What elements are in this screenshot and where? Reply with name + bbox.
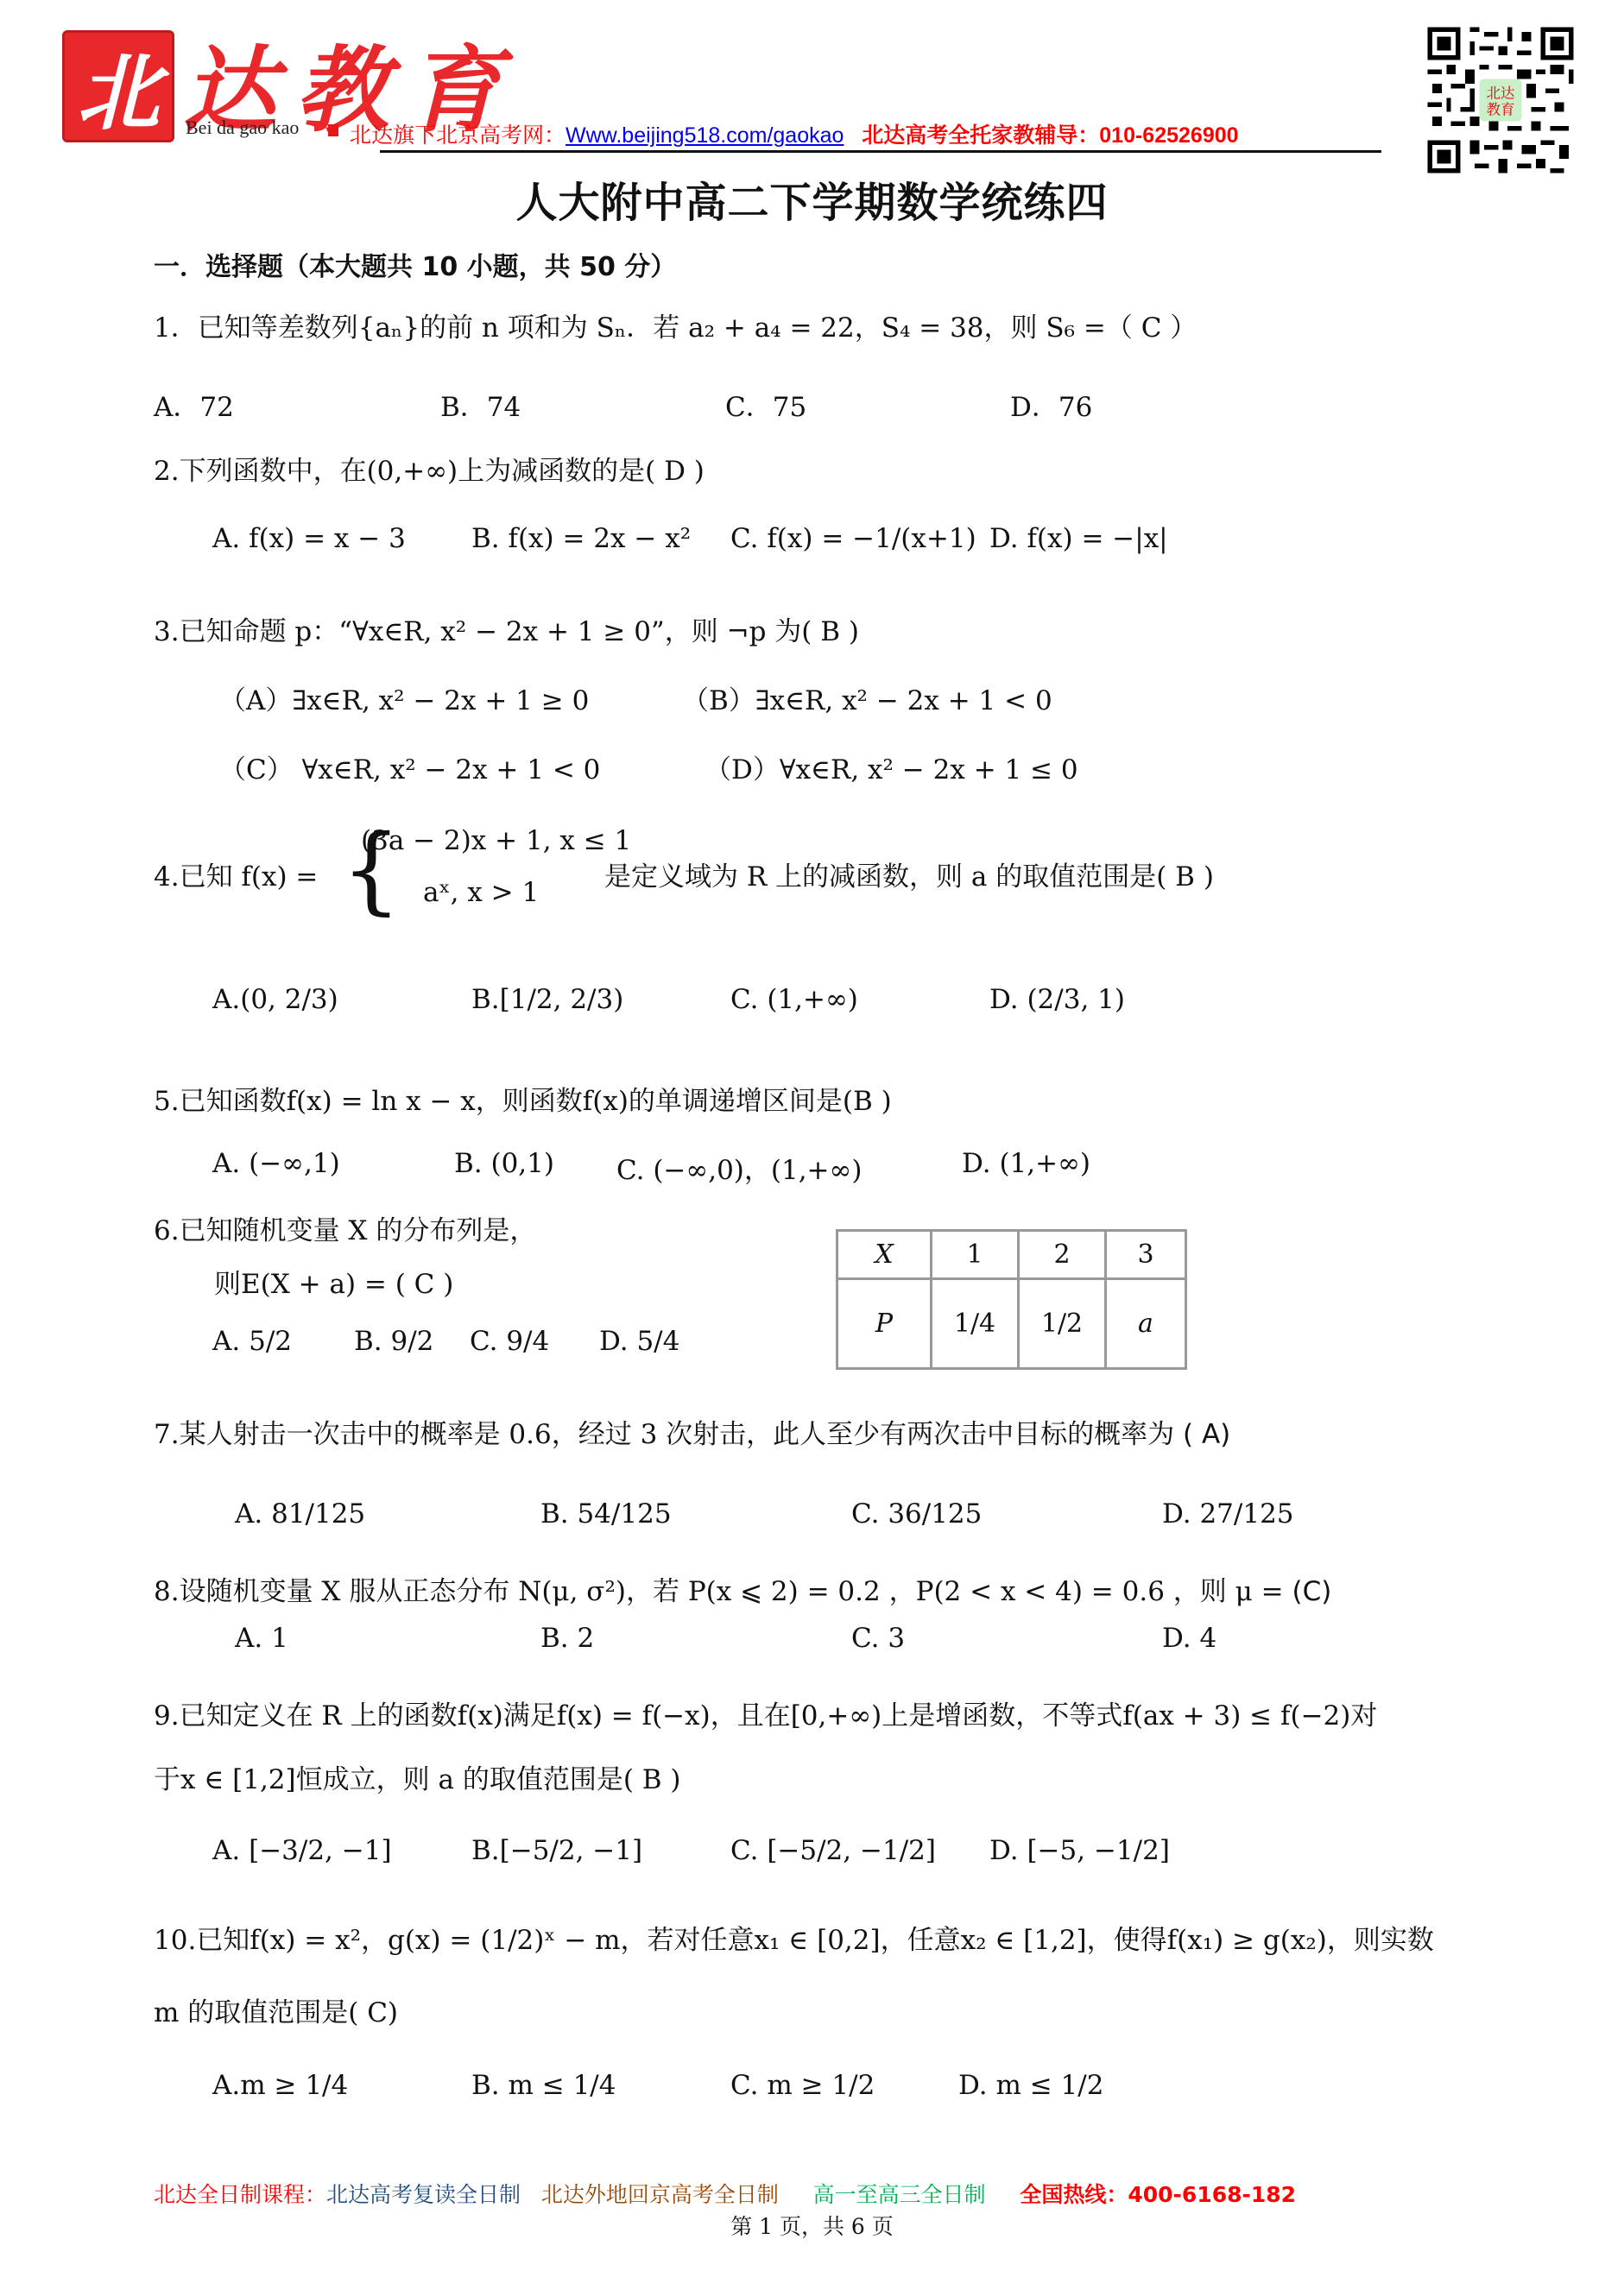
question-9: 9.已知定义在 R 上的函数f(x)满足f(x) = f(−x)，且在[0,+∞…	[154, 1694, 1377, 1732]
q9-option-c: C. [−5/2, −1/2]	[730, 1835, 936, 1866]
q10-option-c: C. m ≥ 1/2	[730, 2070, 875, 2101]
q2-option-b: B. f(x) = 2x − x²	[471, 523, 691, 554]
q6-option-a: A. 5/2	[212, 1326, 292, 1357]
table-row: X 1 2 3	[837, 1231, 1186, 1279]
logo-mark: 北	[62, 30, 174, 142]
q7-option-a: A. 81/125	[235, 1498, 365, 1530]
svg-text:北达: 北达	[1487, 85, 1515, 101]
q9-option-a: A. [−3/2, −1]	[212, 1835, 392, 1866]
question-stem: 某人射击一次击中的概率是 0.6，经过 3 次射击，此人至少有两次击中目标的概率…	[180, 1419, 1175, 1450]
tutor-label: 北达高考全托家教辅导：010-62526900	[862, 123, 1238, 148]
question-stem: 已知随机变量 X 的分布列是，	[180, 1215, 537, 1246]
q7-option-b: B. 54/125	[540, 1498, 672, 1530]
q7-option-c: C. 36/125	[851, 1498, 982, 1530]
question-stem: 下列函数中，在(0,+∞)上为减函数的是( D )	[180, 456, 705, 487]
question-4-prefix: 4.已知 f(x) =	[154, 855, 318, 893]
page-number: 第 1 页，共 6 页	[0, 2210, 1624, 2241]
q10-stem-continued: m 的取值范围是( C)	[154, 1990, 398, 2029]
q3-option-b: （B）∃x∈R, x² − 2x + 1 < 0	[682, 678, 1052, 717]
q9-option-d: D. [−5, −1/2]	[989, 1835, 1170, 1866]
q2-option-c: C. f(x) = −1/(x+1)	[730, 523, 976, 554]
logo-subtitle: Bei da gao kao	[186, 117, 299, 139]
header-divider	[380, 150, 1381, 153]
q8-option-b: B. 2	[540, 1623, 594, 1654]
q6-option-b: B. 9/2	[354, 1326, 433, 1357]
q5-option-a: A. (−∞,1)	[212, 1148, 340, 1179]
footer-hotline: 全国热线：400-6168-182	[1020, 2182, 1296, 2207]
q6-expression: 则E(X + a) = ( C )	[214, 1262, 453, 1301]
site-link[interactable]: Www.beijing518.com/gaokao	[566, 123, 844, 148]
svg-text:教育: 教育	[1487, 101, 1515, 117]
q10-option-a: A.m ≥ 1/4	[212, 2070, 348, 2101]
question-stem: 设随机变量 X 服从正态分布 N(μ, σ²)，若 P(x ⩽ 2) = 0.2…	[180, 1576, 1284, 1607]
q7-option-d: D. 27/125	[1162, 1498, 1294, 1530]
question-7: 7.某人射击一次击中的概率是 0.6，经过 3 次射击，此人至少有两次击中目标的…	[154, 1412, 1230, 1451]
answer-paren: (C)	[1292, 1576, 1331, 1607]
q4-option-b: B.[1/2, 2/3)	[471, 984, 623, 1015]
footer-course-2: 北达外地回京高考全日制	[541, 2182, 779, 2207]
q8-option-c: C. 3	[851, 1623, 905, 1654]
page-title: 人大附中高二下学期数学统练四	[0, 169, 1624, 229]
site-label: 北达旗下北京高考网：	[350, 123, 566, 148]
q8-option-d: D. 4	[1162, 1623, 1216, 1654]
q1-option-c: C．75	[725, 385, 806, 424]
question-3: 3.已知命题 p：“∀x∈R, x² − 2x + 1 ≥ 0”，则 ¬p 为(…	[154, 609, 859, 648]
q5-option-b: B. (0,1)	[454, 1148, 554, 1179]
question-stem: 已知定义在 R 上的函数f(x)满足f(x) = f(−x)，且在[0,+∞)上…	[180, 1700, 1378, 1731]
q1-option-d: D．76	[1010, 385, 1092, 424]
q4-suffix: 是定义域为 R 上的减函数，则 a 的取值范围是( B )	[604, 855, 1214, 893]
footer-banner: 北达全日制课程：北达高考复读全日制 北达外地回京高考全日制 高一至高三全日制 全…	[154, 2178, 1296, 2209]
question-5: 5.已知函数f(x) = ln x − x，则函数f(x)的单调递增区间是(B …	[154, 1079, 892, 1118]
question-10: 10.已知f(x) = x²，g(x) = (1/2)ˣ − m，若对任意x₁ …	[154, 1918, 1434, 1957]
question-stem: 已知命题 p：“∀x∈R, x² − 2x + 1 ≥ 0”，则 ¬p 为( B…	[180, 616, 859, 647]
footer-course-3: 高一至高三全日制	[813, 2182, 986, 2207]
distribution-table: X 1 2 3 P 1/4 1/2 a	[836, 1229, 1187, 1370]
question-8: 8.设随机变量 X 服从正态分布 N(μ, σ²)，若 P(x ⩽ 2) = 0…	[154, 1569, 1331, 1608]
q6-option-c: C. 9/4	[470, 1326, 549, 1357]
bullet-square-icon	[328, 124, 338, 136]
question-stem: 已知函数f(x) = ln x − x，则函数f(x)的单调递增区间是(B )	[180, 1086, 892, 1117]
q2-option-a: A. f(x) = x − 3	[212, 523, 406, 554]
q10-option-b: B. m ≤ 1/4	[471, 2070, 616, 2101]
q4-case-2: aˣ, x > 1	[423, 877, 539, 908]
footer-course-1: 北达高考复读全日制	[326, 2182, 521, 2207]
q3-option-a: （A）∃x∈R, x² − 2x + 1 ≥ 0	[219, 678, 589, 717]
q4-option-c: C. (1,+∞)	[730, 984, 858, 1015]
q3-option-c: （C） ∀x∈R, x² − 2x + 1 < 0	[219, 747, 600, 786]
q5-option-d: D. (1,+∞)	[962, 1148, 1090, 1179]
answer-paren: ( A)	[1183, 1419, 1230, 1450]
table-row: P 1/4 1/2 a	[837, 1279, 1186, 1369]
q3-option-d: （D）∀x∈R, x² − 2x + 1 ≤ 0	[705, 747, 1078, 786]
footer-label: 北达全日制课程：	[154, 2182, 326, 2207]
question-2: 2.下列函数中，在(0,+∞)上为减函数的是( D )	[154, 449, 705, 488]
question-1: 1．已知等差数列{aₙ}的前 n 项和为 Sₙ．若 a₂ + a₄ = 22，S…	[154, 306, 1197, 344]
q9-option-b: B.[−5/2, −1]	[471, 1835, 642, 1866]
question-6: 6.已知随机变量 X 的分布列是，	[154, 1208, 536, 1247]
header-banner: 北达旗下北京高考网：Www.beijing518.com/gaokao 北达高考…	[350, 118, 1239, 149]
q1-option-b: B．74	[440, 385, 521, 424]
q8-option-a: A. 1	[235, 1623, 288, 1654]
q10-option-d: D. m ≤ 1/2	[958, 2070, 1103, 2101]
question-stem: 已知f(x) = x²，g(x) = (1/2)ˣ − m，若对任意x₁ ∈ […	[196, 1925, 1434, 1956]
question-stem: 已知等差数列{aₙ}的前 n 项和为 Sₙ．若 a₂ + a₄ = 22，S₄ …	[198, 312, 1197, 344]
q4-case-1: (3a − 2)x + 1, x ≤ 1	[361, 825, 631, 856]
q1-option-a: A．72	[154, 385, 234, 424]
q6-option-d: D. 5/4	[599, 1326, 679, 1357]
q2-option-d: D. f(x) = −|x|	[989, 523, 1168, 554]
q5-option-c: C. (−∞,0)，(1,+∞)	[616, 1148, 862, 1187]
q4-option-a: A.(0, 2/3)	[212, 984, 338, 1015]
section-heading: 一．选择题（本大题共 10 小题，共 50 分）	[154, 245, 676, 283]
q9-stem-continued: 于x ∈ [1,2]恒成立，则 a 的取值范围是( B )	[154, 1757, 681, 1796]
qr-code-icon: 北达 教育	[1423, 22, 1578, 178]
q4-option-d: D. (2/3, 1)	[989, 984, 1125, 1015]
